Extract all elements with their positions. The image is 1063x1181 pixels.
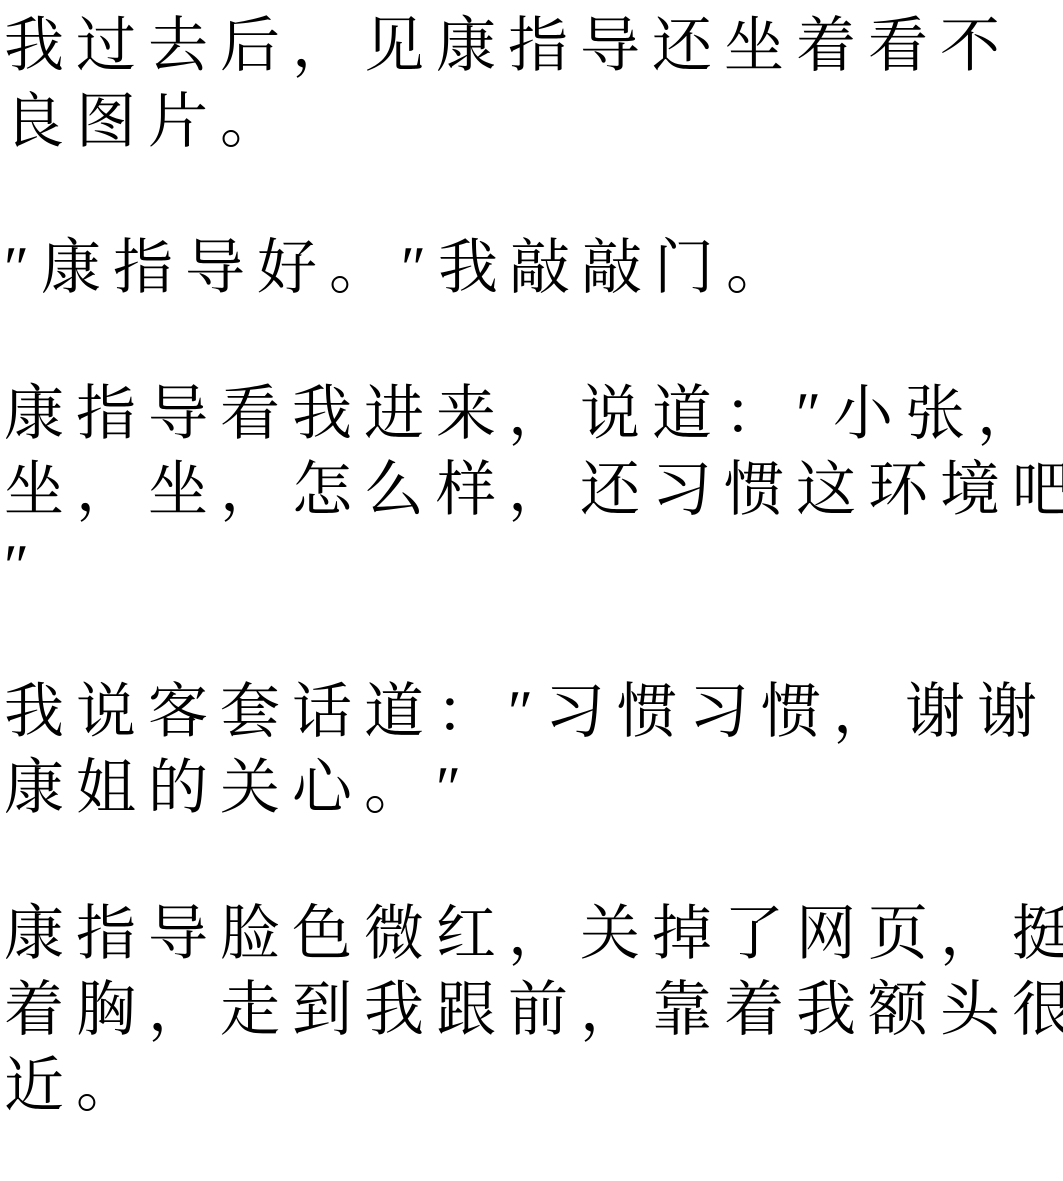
text-line: 康指导脸色微红，关掉了网页，挺 [4,896,1063,972]
paragraph-4: 我说客套话道：″习惯习惯，谢谢 康姐的关心。″ [4,674,1063,826]
text-line: 坐，坐，怎么样，还习惯这环境吧。 [4,452,1063,528]
text-line: 我过去后，见康指导还坐着看不 [4,8,1063,84]
paragraph-1: 我过去后，见康指导还坐着看不 良图片。 [4,8,1063,160]
text-line: 康指导看我进来，说道：″小张， [4,376,1063,452]
text-line: 我说客套话道：″习惯习惯，谢谢 [4,674,1063,750]
text-line: 康姐的关心。″ [4,750,1063,826]
paragraph-2: ″康指导好。″我敲敲门。 [4,230,1063,306]
text-line: ″ [4,528,1063,604]
paragraph-5: 康指导脸色微红，关掉了网页，挺 着胸，走到我跟前，靠着我额头很 近。 [4,896,1063,1124]
text-line: 近。 [4,1048,1063,1124]
text-line: 着胸，走到我跟前，靠着我额头很 [4,972,1063,1048]
paragraph-3: 康指导看我进来，说道：″小张， 坐，坐，怎么样，还习惯这环境吧。 ″ [4,376,1063,604]
text-line: 良图片。 [4,84,1063,160]
document-page: 我过去后，见康指导还坐着看不 良图片。 ″康指导好。″我敲敲门。 康指导看我进来… [0,0,1063,1181]
text-line: ″康指导好。″我敲敲门。 [4,230,1063,306]
